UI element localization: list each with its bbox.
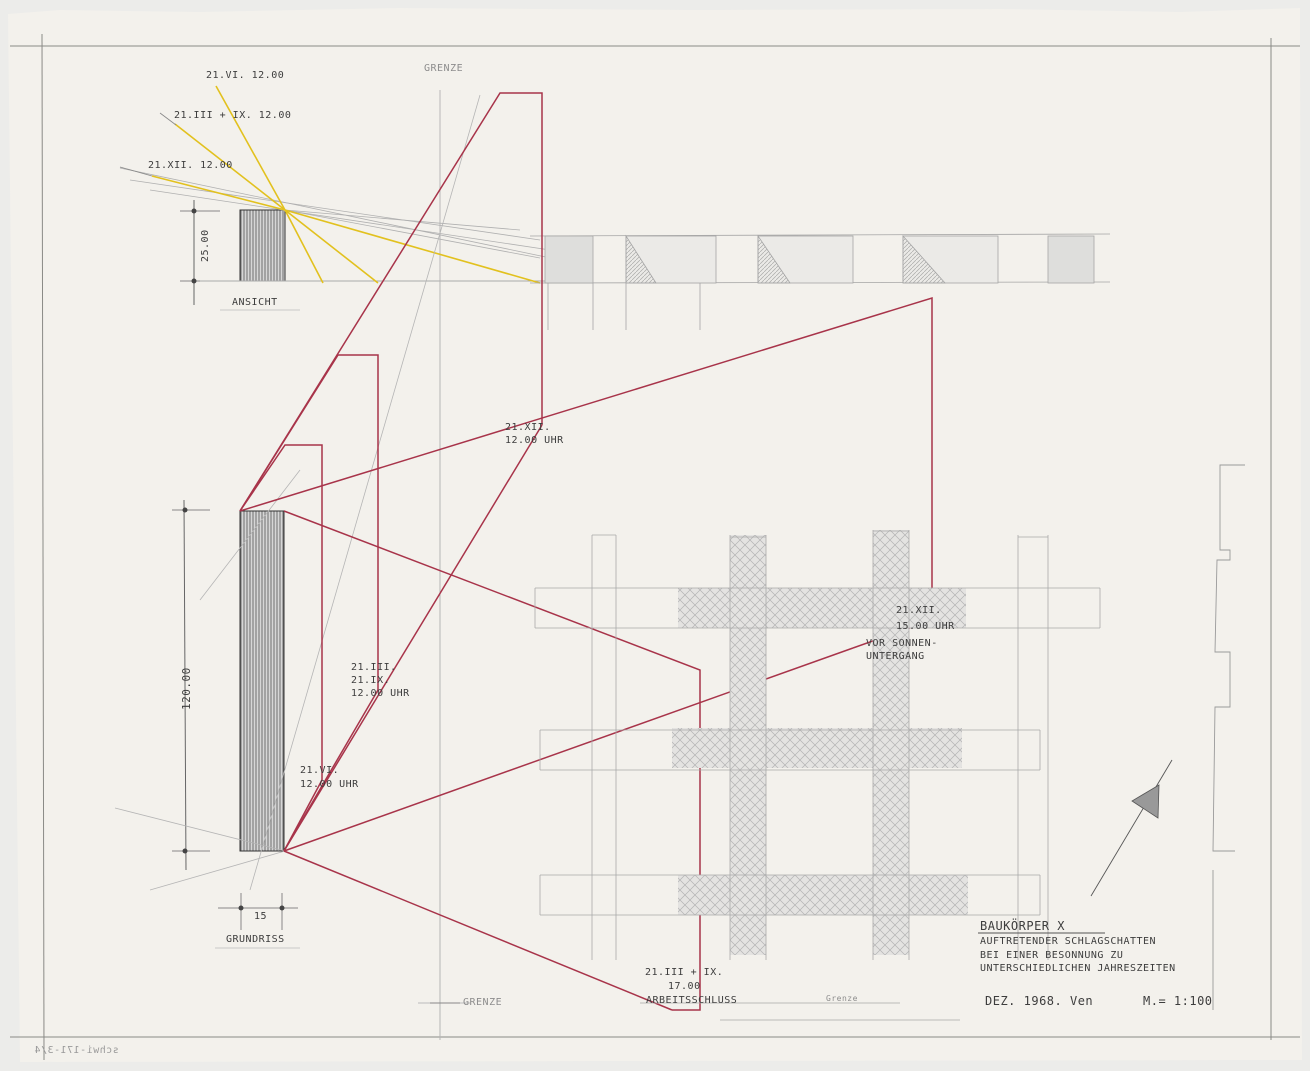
plan-label: GRUNDRISS — [226, 934, 285, 947]
annotation-date: 21.XII. — [896, 605, 942, 618]
annotation-time: 12.00 UHR — [351, 688, 410, 701]
annotation-note: ARBEITSSCHLUSS — [646, 995, 737, 1008]
annotation-time: 12.00 UHR — [505, 435, 564, 448]
annotation-date: 21.III. 21.IX. — [351, 662, 397, 687]
drawing-title: BAUKÖRPER X — [980, 919, 1065, 934]
elevation-height-dimension: 25.00 — [200, 229, 213, 262]
annotation-time: 12.00 UHR — [300, 779, 359, 792]
plan-width-dimension: 15 — [254, 911, 267, 924]
drawing-sheet: GRENZE 21.VI. 12.00 21.III + IX. 12.00 2… — [0, 0, 1310, 1071]
annotation-time: 17.00 — [668, 981, 701, 994]
boundary-label-top: GRENZE — [424, 63, 463, 76]
plan-length-dimension: 120.00 — [180, 667, 194, 710]
scale-label: M.= 1:100 — [1143, 994, 1213, 1009]
subtitle-line-3: UNTERSCHIEDLICHEN JAHRESZEITEN — [980, 963, 1176, 976]
elevation-label: ANSICHT — [232, 297, 278, 310]
annotation-time: 15.00 UHR — [896, 621, 955, 634]
archive-number: schwi-171-3/4 — [34, 1045, 119, 1058]
sun-ray-label-equinox: 21.III + IX. 12.00 — [174, 110, 291, 123]
annotation-date: 21.XII. — [505, 422, 551, 435]
annotation-date: 21.VI. — [300, 765, 339, 778]
sun-ray-label-december: 21.XII. 12.00 — [148, 160, 233, 173]
boundary-scribble: Grenze — [826, 994, 858, 1004]
subtitle-line-1: AUFTRETENDER SCHLAGSCHATTEN — [980, 936, 1156, 949]
subtitle-line-2: BEI EINER BESONNUNG ZU — [980, 950, 1123, 963]
date-signature: DEZ. 1968. Ven — [985, 994, 1093, 1009]
annotation-date: 21.III + IX. — [645, 967, 723, 980]
annotation-note: VOR SONNEN- UNTERGANG — [866, 638, 938, 663]
boundary-label-bottom: GRENZE — [463, 997, 502, 1010]
sun-ray-label-june: 21.VI. 12.00 — [206, 70, 284, 83]
